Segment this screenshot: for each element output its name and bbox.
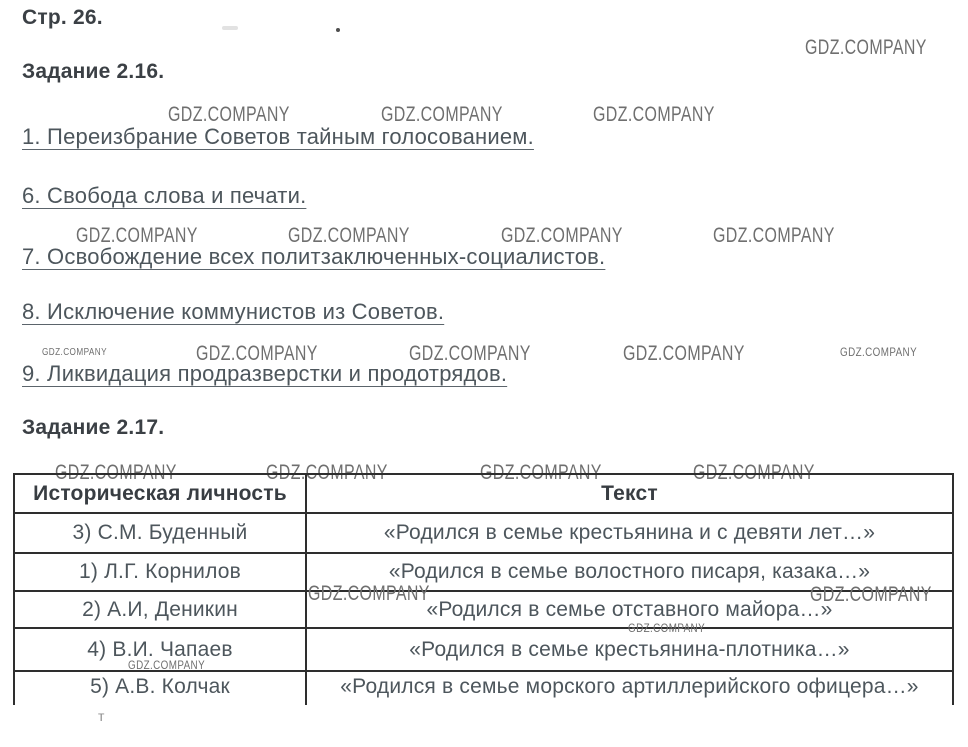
- person-cell: 1) Л.Г. Корнилов: [15, 554, 307, 590]
- smudge-dot: [336, 28, 340, 32]
- table-row: 3) С.М. Буденный «Родился в семье кресть…: [15, 512, 952, 552]
- task-2-17-heading: Задание 2.17.: [22, 416, 164, 440]
- answers-page: Стр. 26. GDZ.COMPANY GDZ.COMPANY GDZ.COM…: [0, 0, 968, 747]
- answer-line-6: 6. Свобода слова и печати.: [22, 183, 306, 209]
- table-header-row: Историческая личность Текст: [15, 475, 952, 512]
- table-row: 5) А.В. Колчак «Родился в семье морского…: [15, 670, 952, 705]
- answer-line-7: 7. Освобождение всех политзаключенных-со…: [22, 244, 605, 270]
- stray-mark: т: [98, 708, 105, 724]
- smudge-dash: [222, 26, 238, 30]
- person-cell: 5) А.В. Колчак: [15, 672, 307, 705]
- gdz-watermark: GDZ.COMPANY: [810, 583, 932, 607]
- person-cell: 2) А.И, Деникин: [15, 592, 307, 627]
- gdz-watermark: GDZ.COMPANY: [805, 36, 927, 60]
- gdz-watermark: GDZ.COMPANY: [128, 658, 205, 672]
- gdz-watermark: GDZ.COMPANY: [593, 103, 715, 127]
- task-2-16-heading: Задание 2.16.: [22, 60, 164, 84]
- gdz-watermark: GDZ.COMPANY: [42, 347, 107, 358]
- table-header-person: Историческая личность: [15, 475, 307, 512]
- table-header-text: Текст: [307, 475, 952, 512]
- answer-line-1: 1. Переизбрание Советов тайным голосован…: [22, 124, 534, 150]
- answer-line-8: 8. Исключение коммунистов из Советов.: [22, 299, 444, 325]
- gdz-watermark: GDZ.COMPANY: [713, 224, 835, 248]
- text-cell: «Родился в семье крестьянина-плотника…»: [307, 629, 952, 670]
- gdz-watermark: GDZ.COMPANY: [628, 621, 705, 635]
- gdz-watermark: GDZ.COMPANY: [308, 582, 430, 606]
- gdz-watermark: GDZ.COMPANY: [840, 345, 917, 359]
- answer-line-9: 9. Ликвидация продразверстки и продотряд…: [22, 361, 507, 387]
- person-cell: 3) С.М. Буденный: [15, 514, 307, 552]
- page-title: Стр. 26.: [22, 6, 103, 30]
- gdz-watermark: GDZ.COMPANY: [623, 342, 745, 366]
- text-cell: «Родился в семье крестьянина и с девяти …: [307, 514, 952, 552]
- text-cell: «Родился в семье морского артиллерийског…: [307, 672, 952, 705]
